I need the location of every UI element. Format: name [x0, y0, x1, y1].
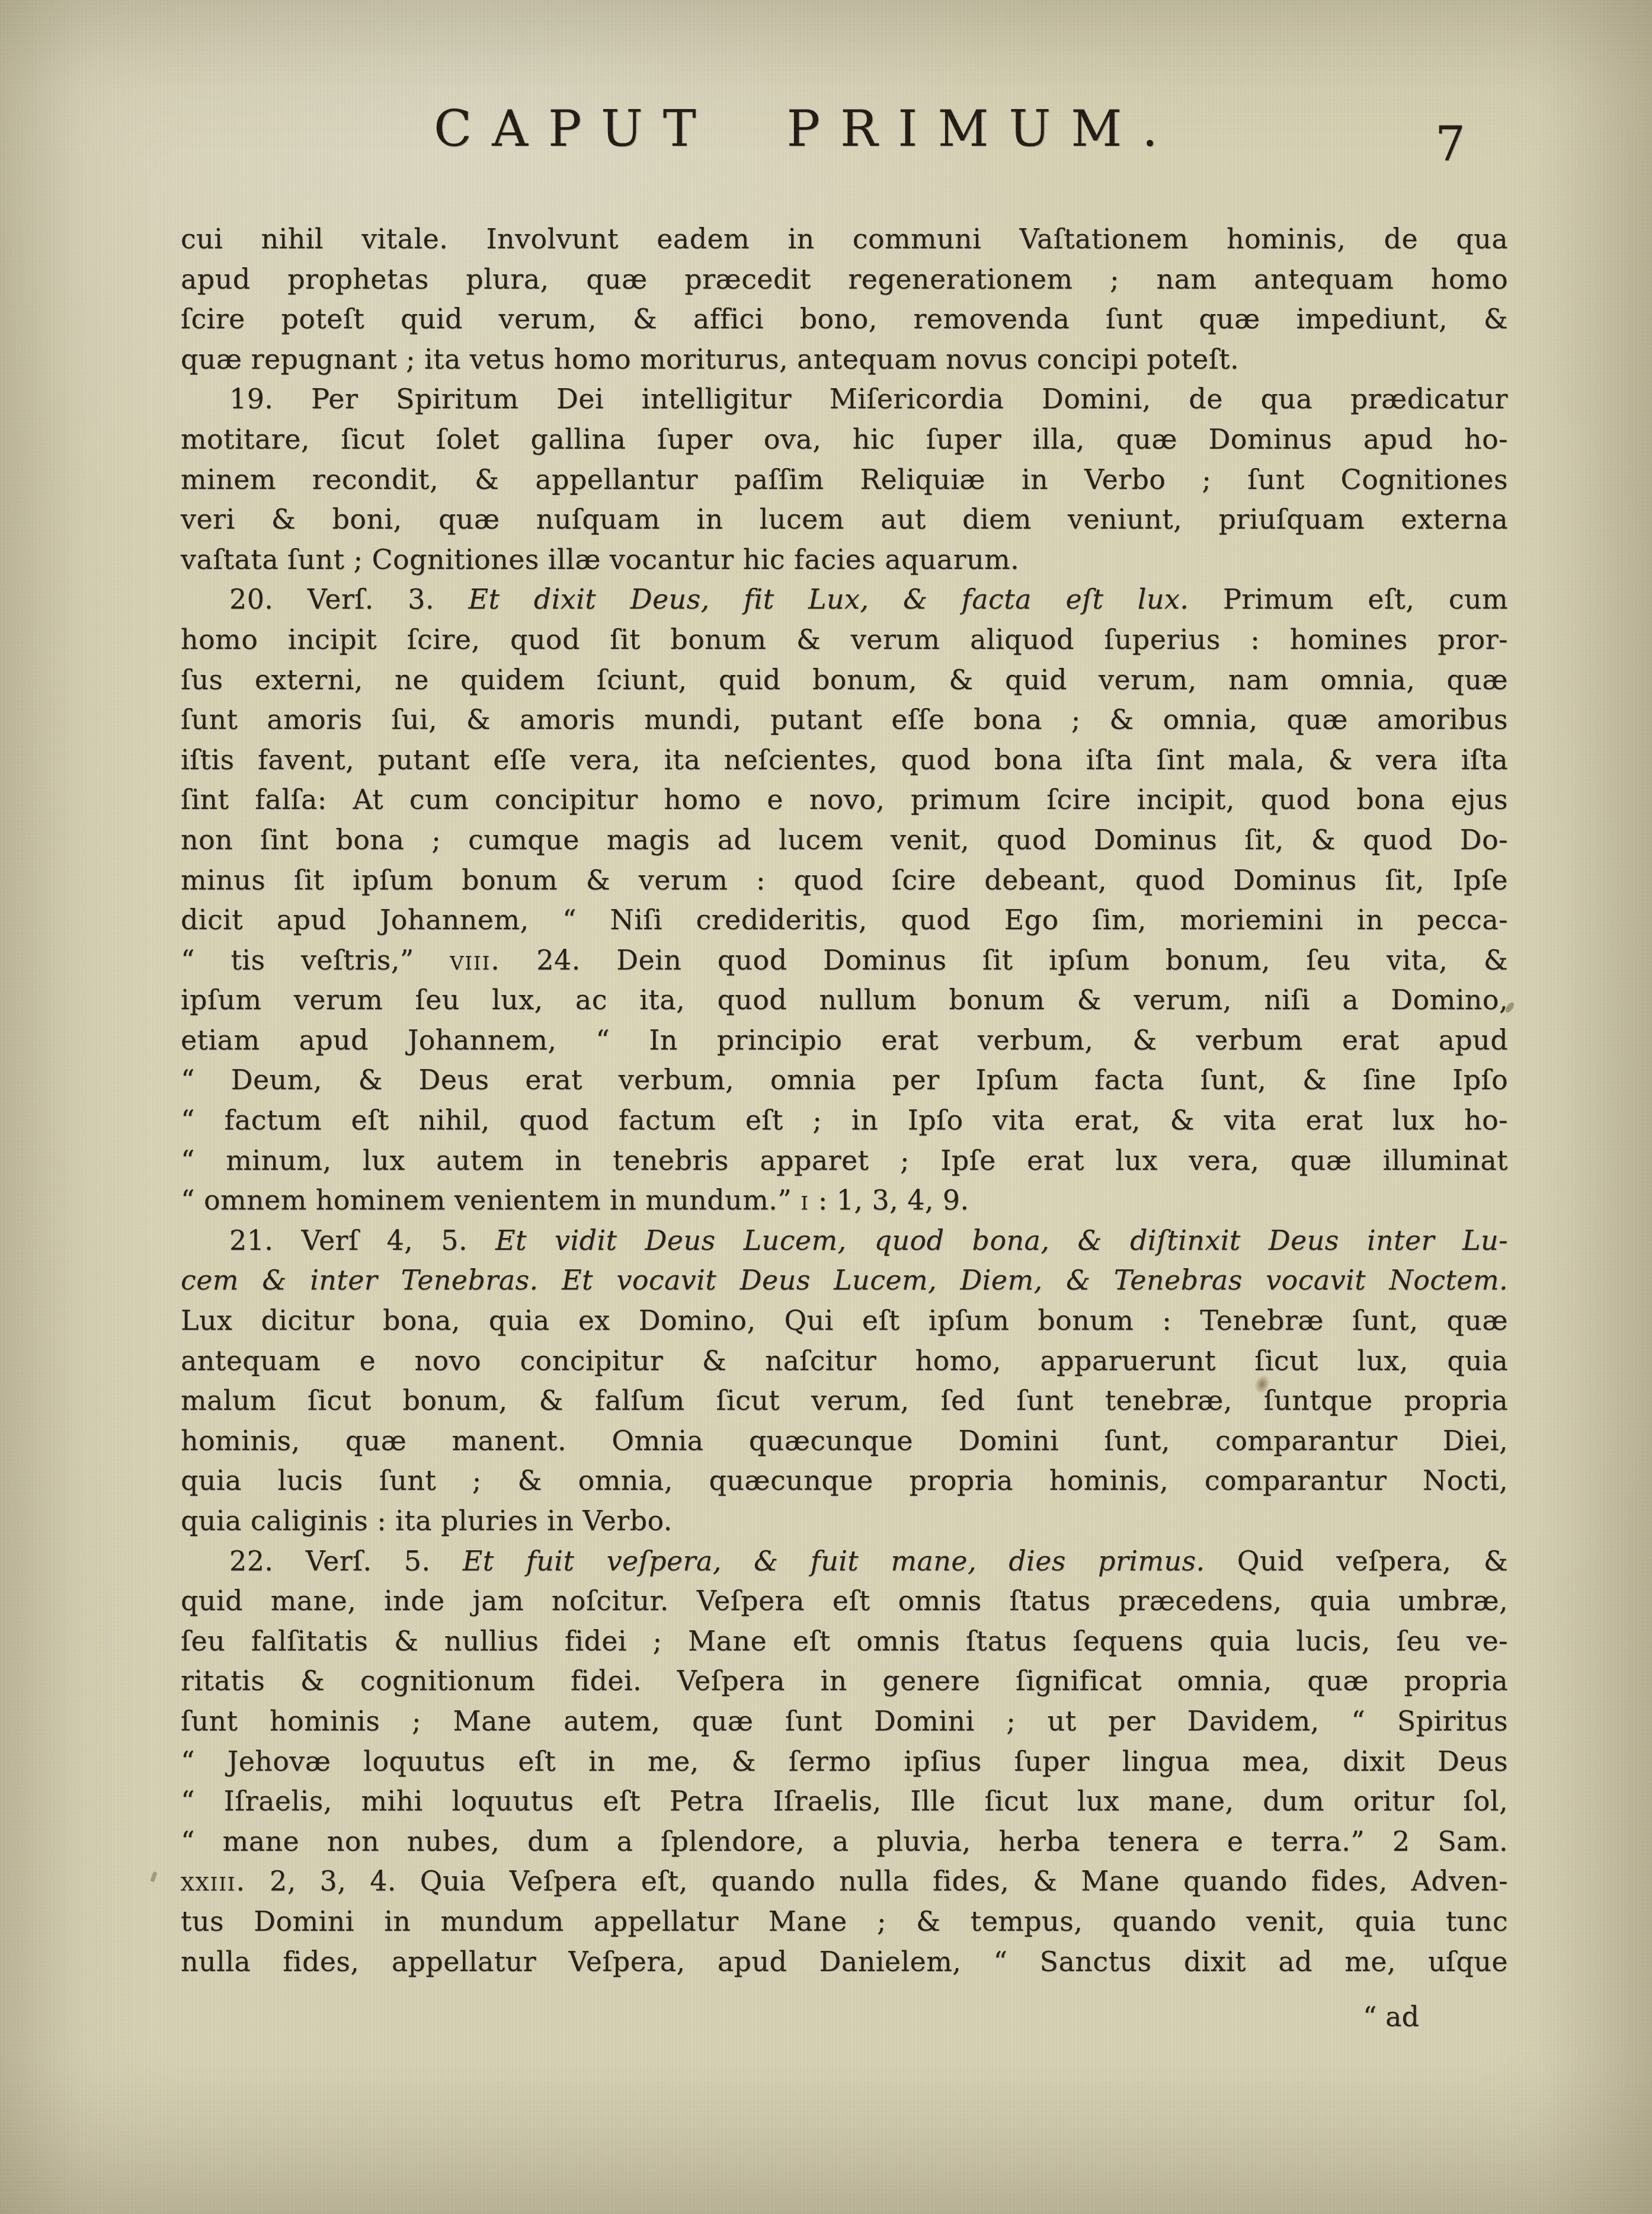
roman-text: Lux dicitur bona, quia ex Domino, Qui eſ… [181, 1304, 1508, 1336]
roman-text: 20. Verſ. 3. [229, 583, 468, 615]
text-line: “ Iſraelis, mihi loquutus eſt Petra Iſra… [181, 1781, 1508, 1822]
text-line: Lux dicitur bona, quia ex Domino, Qui eſ… [181, 1301, 1508, 1341]
text-line: 22. Verſ. 5. Et fuit veſpera, & fuit man… [181, 1541, 1508, 1582]
text-line: quia lucis ſunt ; & omnia, quæcunque pro… [181, 1461, 1508, 1501]
roman-text: non ſint bona ; cumque magis ad lucem ve… [181, 824, 1508, 856]
text-line: motitare, ſicut ſolet gallina ſuper ova,… [181, 420, 1508, 460]
roman-text: malum ſicut bonum, & falſum ſicut verum,… [181, 1384, 1508, 1416]
text-line: hominis, quæ manent. Omnia quæcunque Dom… [181, 1421, 1508, 1461]
text-line: veri & boni, quæ nuſquam in lucem aut di… [181, 500, 1508, 540]
roman-text: 2, 3, 4. Quia Veſpera eſt, quando nulla … [246, 1865, 1508, 1897]
text-line: ipſum verum ſeu lux, ac ita, quod nullum… [181, 980, 1508, 1020]
text-line: homo incipit ſcire, quod ſit bonum & ver… [181, 620, 1508, 660]
roman-text: ſunt amoris ſui, & amoris mundi, putant … [181, 703, 1508, 735]
roman-text: motitare, ſicut ſolet gallina ſuper ova,… [181, 423, 1508, 455]
text-line: vaſtata ſunt ; Cognitiones illæ vocantur… [181, 540, 1508, 580]
roman-text: ſeu falſitatis & nullius fidei ; Mane eſ… [181, 1625, 1508, 1657]
text-line: quid mane, inde jam noſcitur. Veſpera eſ… [181, 1581, 1508, 1621]
book-page-scan: CAPUT PRIMUM. 7 cui nihil vitale. Involv… [0, 0, 1652, 2214]
roman-text: “ factum eſt nihil, quod factum eſt ; in… [181, 1104, 1508, 1136]
roman-text: tus Domini in mundum appellatur Mane ; &… [181, 1905, 1508, 1937]
roman-text: ſint falſa: At cum concipitur homo e nov… [181, 783, 1508, 815]
text-line: antequam e novo concipitur & naſcitur ho… [181, 1341, 1508, 1381]
smallcaps-text: xxiii. [181, 1865, 246, 1897]
roman-text: 21. Verſ 4, 5. [229, 1224, 495, 1256]
roman-text: “ mane non nubes, dum a ſplendore, a plu… [181, 1825, 1508, 1857]
roman-text: homo incipit ſcire, quod ſit bonum & ver… [181, 623, 1508, 655]
roman-text: : 1, 3, 4, 9. [809, 1184, 969, 1216]
text-line: ritatis & cognitionum fidei. Veſpera in … [181, 1661, 1508, 1701]
text-line: dicit apud Johannem, “ Niſi credideritis… [181, 900, 1508, 940]
roman-text: minus ſit ipſum bonum & verum : quod ſci… [181, 864, 1508, 896]
roman-text: apud prophetas plura, quæ præcedit regen… [181, 263, 1508, 295]
chapter-heading: CAPUT PRIMUM. [273, 100, 1339, 158]
roman-text: quæ repugnant ; ita vetus homo moriturus… [181, 343, 1239, 375]
text-line: ſint falſa: At cum concipitur homo e nov… [181, 780, 1508, 820]
roman-text: ſcire poteſt quid verum, & affici bono, … [181, 303, 1508, 335]
roman-text: iſtis favent, putant eſſe vera, ita neſc… [181, 744, 1508, 776]
smallcaps-text: viii. [450, 944, 501, 976]
roman-text: nulla fides, appellatur Veſpera, apud Da… [181, 1946, 1508, 1978]
text-line: “ factum eſt nihil, quod factum eſt ; in… [181, 1100, 1508, 1141]
italic-text: Et dixit Deus, fit Lux, & facta eſt lux. [468, 583, 1189, 615]
text-line: 19. Per Spiritum Dei intelligitur Miſeri… [181, 379, 1508, 420]
text-line: ſunt hominis ; Mane autem, quæ ſunt Domi… [181, 1701, 1508, 1742]
roman-text: Quid veſpera, & [1205, 1545, 1508, 1577]
roman-text: cui nihil vitale. Involvunt eadem in com… [181, 223, 1508, 255]
roman-text: 22. Verſ. 5. [229, 1545, 463, 1577]
text-line: malum ſicut bonum, & falſum ſicut verum,… [181, 1381, 1508, 1421]
roman-text: quid mane, inde jam noſcitur. Veſpera eſ… [181, 1585, 1508, 1617]
roman-text: quia caliginis : ita pluries in Verbo. [181, 1505, 673, 1537]
text-line: “ minum, lux autem in tenebris apparet ;… [181, 1141, 1508, 1181]
roman-text: ipſum verum ſeu lux, ac ita, quod nullum… [181, 984, 1508, 1016]
text-line: cui nihil vitale. Involvunt eadem in com… [181, 219, 1508, 260]
text-line: non ſint bona ; cumque magis ad lucem ve… [181, 820, 1508, 860]
text-line: “ Deum, & Deus erat verbum, omnia per Ip… [181, 1060, 1508, 1100]
text-line: “ Jehovæ loquutus eſt in me, & ſermo ipſ… [181, 1742, 1508, 1782]
smallcaps-text: i [801, 1184, 809, 1216]
roman-text: dicit apud Johannem, “ Niſi credideritis… [181, 904, 1508, 936]
roman-text: etiam apud Johannem, “ In principio erat… [181, 1024, 1508, 1056]
roman-text: “ minum, lux autem in tenebris apparet ;… [181, 1144, 1508, 1176]
roman-text: “ Iſraelis, mihi loquutus eſt Petra Iſra… [181, 1785, 1508, 1817]
page-number: 7 [1435, 116, 1465, 171]
text-line: ſeu falſitatis & nullius fidei ; Mane eſ… [181, 1621, 1508, 1662]
text-line: “ mane non nubes, dum a ſplendore, a plu… [181, 1822, 1508, 1862]
roman-text: antequam e novo concipitur & naſcitur ho… [181, 1345, 1508, 1377]
roman-text: “ Deum, & Deus erat verbum, omnia per Ip… [181, 1064, 1508, 1096]
roman-text: ſunt hominis ; Mane autem, quæ ſunt Domi… [181, 1705, 1508, 1737]
roman-text: minem recondit, & appellantur paſſim Rel… [181, 463, 1508, 495]
text-line: minem recondit, & appellantur paſſim Rel… [181, 460, 1508, 500]
roman-text: veri & boni, quæ nuſquam in lucem aut di… [181, 503, 1508, 535]
text-line: nulla fides, appellatur Veſpera, apud Da… [181, 1942, 1508, 1982]
text-line: 20. Verſ. 3. Et dixit Deus, fit Lux, & f… [181, 580, 1508, 620]
roman-text: hominis, quæ manent. Omnia quæcunque Dom… [181, 1425, 1508, 1457]
text-line: cem & inter Tenebras. Et vocavit Deus Lu… [181, 1260, 1508, 1301]
text-line: ſunt amoris ſui, & amoris mundi, putant … [181, 700, 1508, 740]
text-line: etiam apud Johannem, “ In principio erat… [181, 1020, 1508, 1061]
text-line: quia caliginis : ita pluries in Verbo. [181, 1501, 1508, 1541]
roman-text: “ tis veſtris,” [181, 944, 450, 976]
italic-text: cem & inter Tenebras. Et vocavit Deus Lu… [181, 1264, 1508, 1296]
text-line: apud prophetas plura, quæ præcedit regen… [181, 260, 1508, 300]
roman-text: ſus externi, ne quidem ſciunt, quid bonu… [181, 664, 1508, 696]
italic-text: Et vidit Deus Lucem, quod bona, & diſtin… [495, 1224, 1508, 1256]
text-line: quæ repugnant ; ita vetus homo moriturus… [181, 340, 1508, 380]
roman-text: vaſtata ſunt ; Cognitiones illæ vocantur… [181, 543, 1019, 575]
roman-text: “ Jehovæ loquutus eſt in me, & ſermo ipſ… [181, 1745, 1508, 1777]
text-line: ſus externi, ne quidem ſciunt, quid bonu… [181, 660, 1508, 700]
text-line: “ omnem hominem venientem in mundum.” i … [181, 1180, 1508, 1221]
text-line: 21. Verſ 4, 5. Et vidit Deus Lucem, quod… [181, 1221, 1508, 1261]
text-line: “ tis veſtris,” viii. 24. Dein quod Domi… [181, 940, 1508, 981]
roman-text: 19. Per Spiritum Dei intelligitur Miſeri… [229, 383, 1508, 415]
ink-speck [150, 1871, 157, 1882]
body-text-block: cui nihil vitale. Involvunt eadem in com… [181, 219, 1508, 1982]
roman-text: ritatis & cognitionum fidei. Veſpera in … [181, 1665, 1508, 1697]
italic-text: Et fuit veſpera, & fuit mane, dies primu… [463, 1545, 1205, 1577]
text-line: minus ſit ipſum bonum & verum : quod ſci… [181, 860, 1508, 901]
roman-text: Primum eſt, cum [1189, 583, 1508, 615]
roman-text: “ omnem hominem venientem in mundum.” [181, 1184, 801, 1216]
roman-text: quia lucis ſunt ; & omnia, quæcunque pro… [181, 1464, 1508, 1496]
roman-text: 24. Dein quod Dominus ſit ipſum bonum, ſ… [501, 944, 1508, 976]
text-line: ſcire poteſt quid verum, & affici bono, … [181, 299, 1508, 340]
text-line: iſtis favent, putant eſſe vera, ita neſc… [181, 740, 1508, 780]
text-line: tus Domini in mundum appellatur Mane ; &… [181, 1902, 1508, 1942]
catchword: “ ad [181, 2001, 1508, 2033]
text-line: xxiii. 2, 3, 4. Quia Veſpera eſt, quando… [181, 1861, 1508, 1902]
